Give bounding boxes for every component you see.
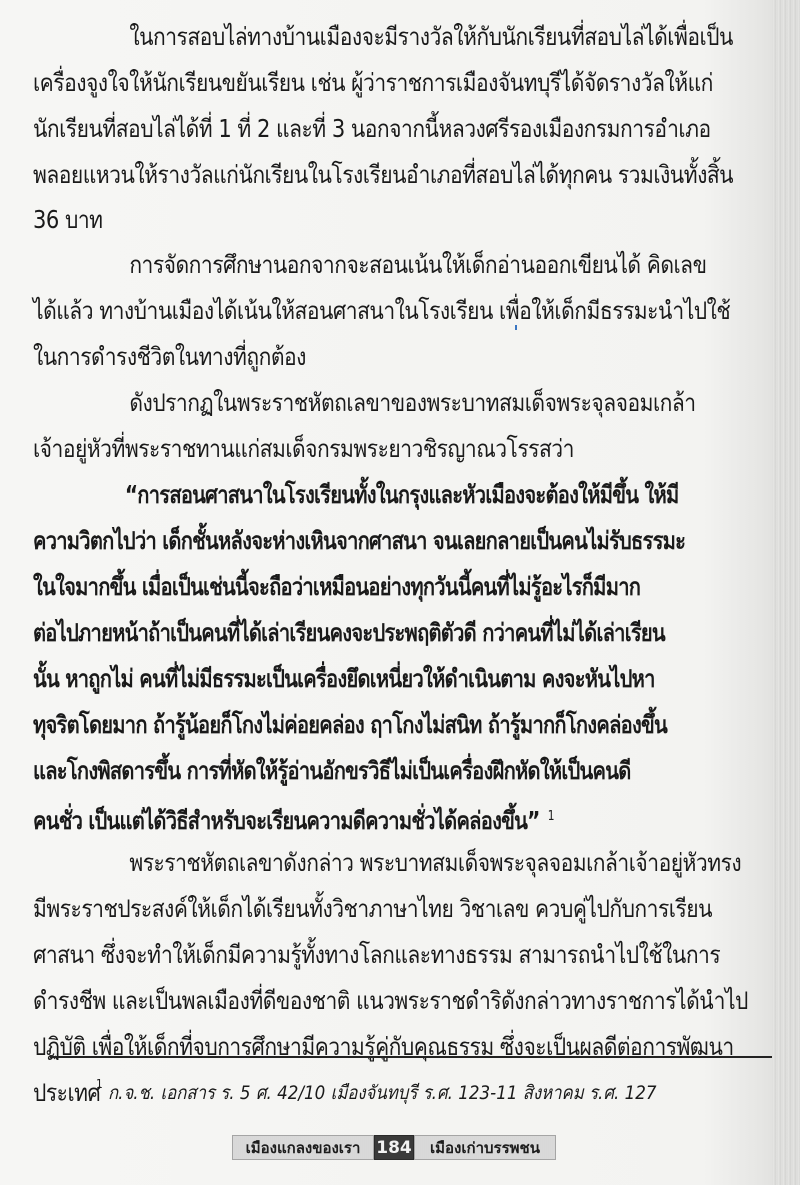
- page-footer: เมืองแกลงของเรา 184 เมืองเก่าบรรพชน: [232, 1135, 556, 1160]
- footer-section-title: เมืองเก่าบรรพชน: [414, 1135, 556, 1160]
- text-line: ในการสอบไล่ทางบ้านเมืองจะมีรางวัลให้กับน…: [33, 14, 800, 60]
- footnote-mark: 1: [96, 1077, 103, 1091]
- quote-line: ความวิตกไปว่า เด็กชั้นหลังจะห่างเหินจากศ…: [33, 518, 738, 564]
- quote-line-last: คนชั่ว เป็นแต่ได้วิธีสำหรับจะเรียนความดี…: [33, 794, 738, 840]
- text-line: 36 บาท: [33, 198, 773, 242]
- footnote-reference[interactable]: 1: [548, 809, 554, 824]
- text-line: พระราชหัตถเลขาดังกล่าว พระบาทสมเด็จพระจุ…: [33, 840, 800, 886]
- text-line: ดำรงชีพ และเป็นพลเมืองที่ดีของชาติ แนวพร…: [33, 978, 773, 1024]
- quote-line: “การสอนศาสนาในโรงเรียนทั้งในกรุงและหัวเม…: [33, 472, 800, 518]
- footnote: 1ก.จ.ช. เอกสาร ร. 5 ศ. 42/10 เมืองจันทบุ…: [96, 1078, 657, 1108]
- book-page: ในการสอบไล่ทางบ้านเมืองจะมีรางวัลให้กับน…: [0, 0, 800, 1185]
- text-line: ปฏิบัติ เพื่อให้เด็กที่จบการศึกษามีความร…: [33, 1024, 773, 1070]
- quote-line: ต่อไปภายหน้าถ้าเป็นคนที่ได้เล่าเรียนคงจะ…: [33, 610, 738, 656]
- text-line: นักเรียนที่สอบไล่ได้ที่ 1 ที่ 2 และที่ 3…: [33, 106, 773, 152]
- text-line: การจัดการศึกษานอกจากจะสอนเน้นให้เด็กอ่าน…: [33, 242, 800, 288]
- text-line: ได้แล้ว ทางบ้านเมืองได้เน้นให้สอนศาสนาใน…: [33, 288, 773, 334]
- text-line: พลอยแหวนให้รางวัลแก่นักเรียนในโรงเรียนอำ…: [33, 152, 773, 198]
- page-number: 184: [374, 1135, 414, 1160]
- quote-line: ทุจริตโดยมาก ถ้ารู้น้อยก็โกงไม่ค่อยคล่อง…: [33, 702, 738, 748]
- quote-line: ในใจมากขึ้น เมื่อเป็นเช่นนี้จะถือว่าเหมื…: [33, 564, 738, 610]
- footnote-divider: [50, 1056, 772, 1058]
- quote-line: และโกงพิสดารขึ้น การที่หัดให้รู้อ่านอักข…: [33, 748, 738, 794]
- text-line: ในการดำรงชีวิตในทางที่ถูกต้อง: [33, 334, 773, 380]
- text-line: มีพระราชประสงค์ให้เด็กได้เรียนทั้งวิชาภา…: [33, 886, 773, 932]
- body-text: ในการสอบไล่ทางบ้านเมืองจะมีรางวัลให้กับน…: [33, 14, 773, 1116]
- text-line: เจ้าอยู่หัวที่พระราชทานแก่สมเด็จกรมพระยา…: [33, 426, 773, 472]
- text-line: ดังปรากฏในพระราชหัตถเลขาของพระบาทสมเด็จพ…: [33, 380, 800, 426]
- quote-text: คนชั่ว เป็นแต่ได้วิธีสำหรับจะเรียนความดี…: [33, 806, 540, 835]
- quote-line: นั้น หาถูกไม่ คนที่ไม่มีธรรมะเป็นเครื่อง…: [33, 656, 738, 702]
- text-line: เครื่องจูงใจให้นักเรียนขยันเรียน เช่น ผู…: [33, 60, 773, 106]
- footer-book-title: เมืองแกลงของเรา: [232, 1135, 374, 1160]
- text-line: ศาสนา ซึ่งจะทำให้เด็กมีความรู้ทั้งทางโลก…: [33, 932, 773, 978]
- footnote-text: ก.จ.ช. เอกสาร ร. 5 ศ. 42/10 เมืองจันทบุร…: [108, 1082, 657, 1104]
- page-gutter-shadow: [772, 0, 800, 1185]
